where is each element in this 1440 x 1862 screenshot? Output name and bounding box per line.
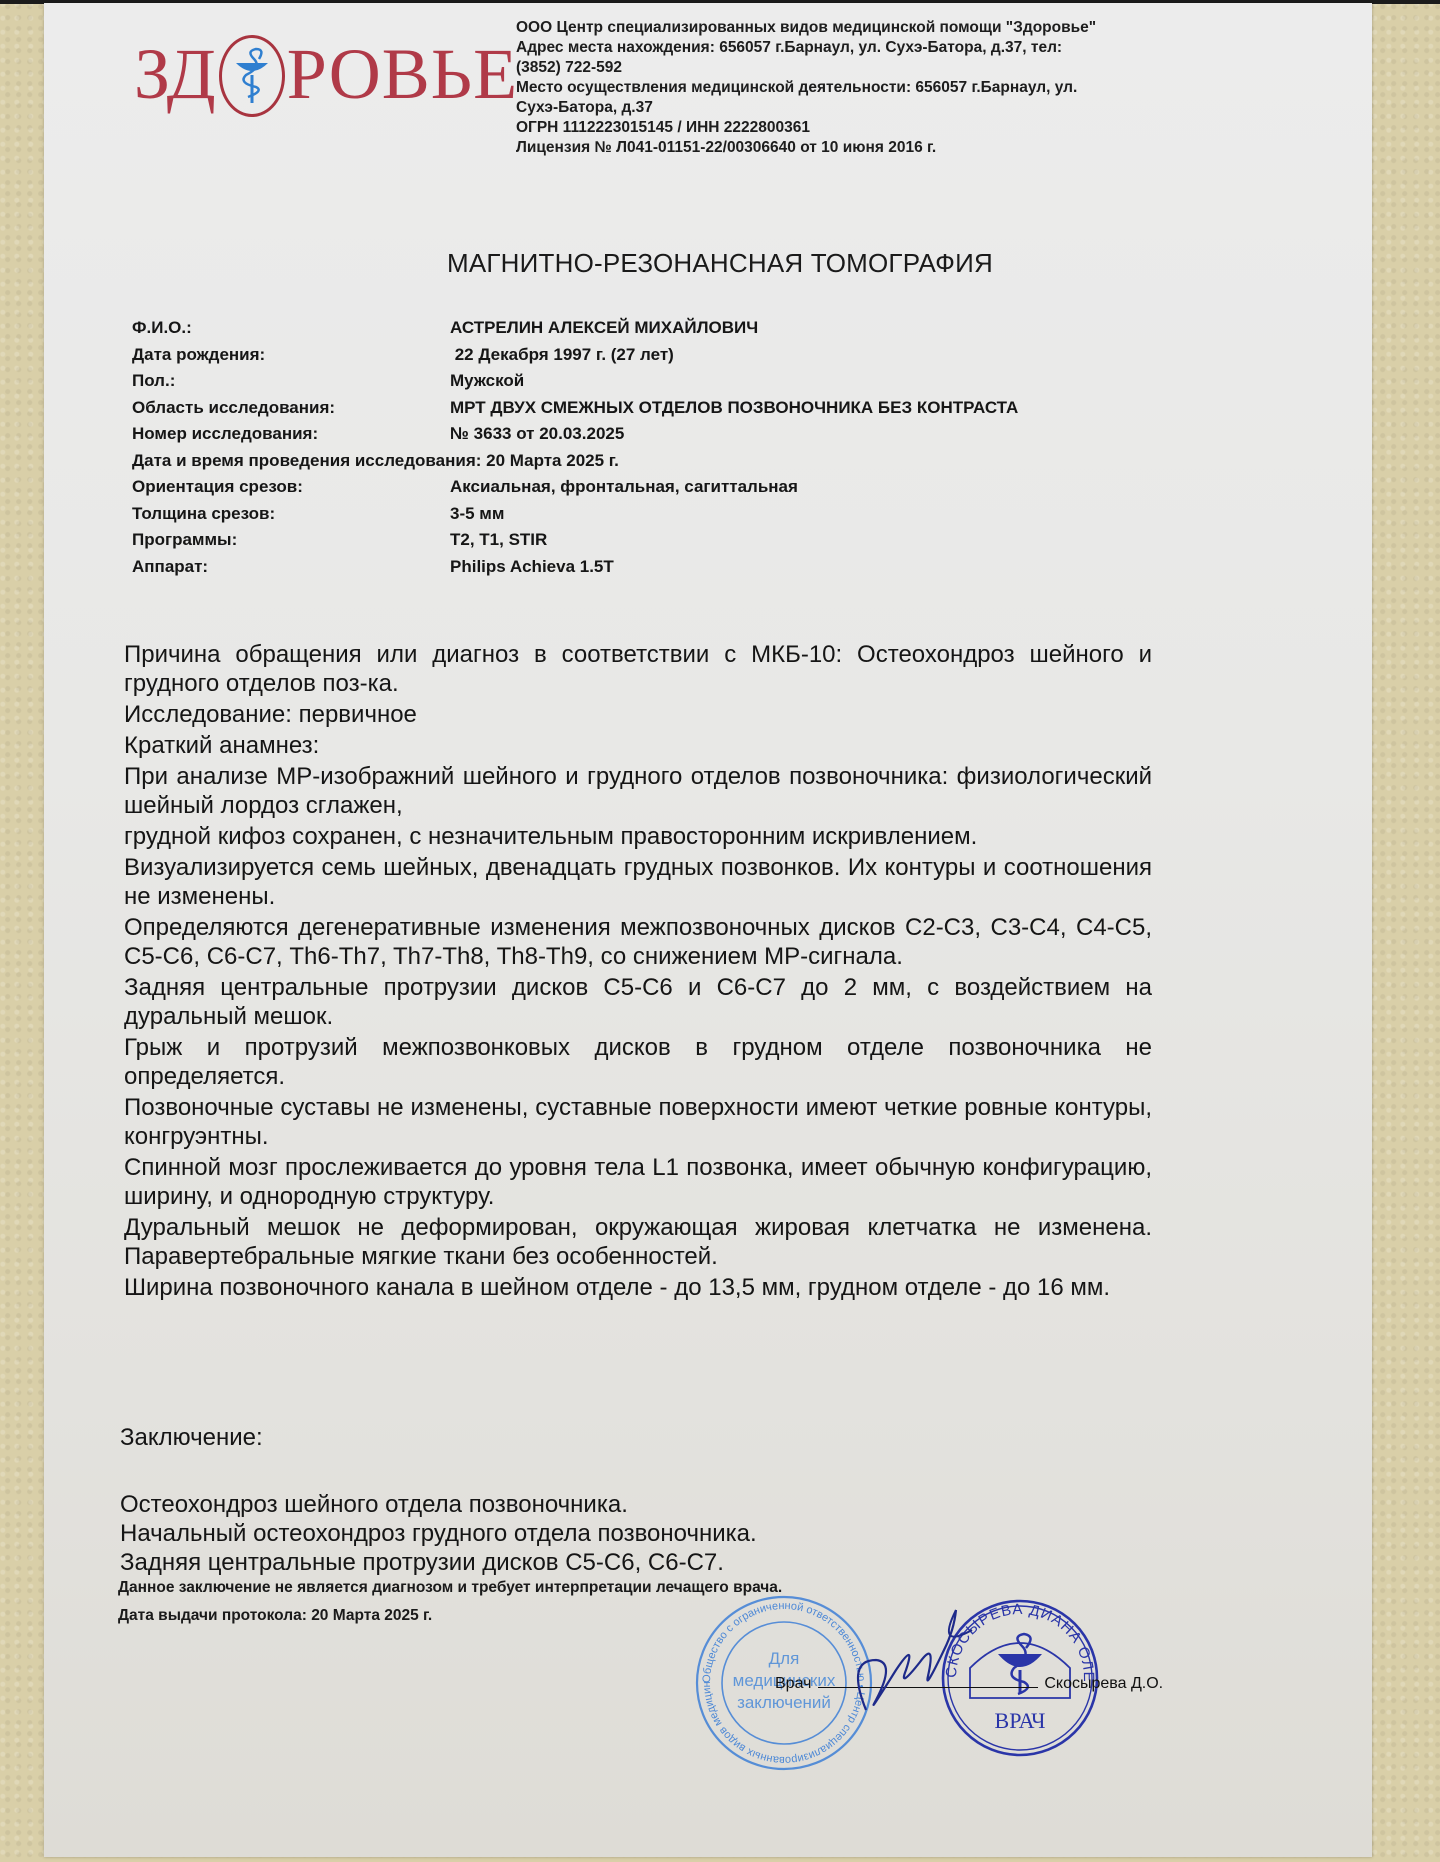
info-label: Аппарат:	[132, 557, 208, 577]
info-label: Пол.:	[132, 371, 175, 391]
info-value: Мужской	[450, 371, 524, 391]
conclusion-item: Остеохондроз шейного отдела позвоночника…	[120, 1490, 757, 1519]
info-value: АСТРЕЛИН АЛЕКСЕЙ МИХАЙЛОВИЧ	[450, 318, 758, 338]
logo-text-right: РОВЬЕ	[287, 33, 518, 116]
info-value: № 3633 от 20.03.2025	[450, 424, 624, 444]
info-value: Philips Achieva 1.5T	[450, 557, 614, 577]
findings-paragraph: Ширина позвоночного канала в шейном отде…	[124, 1273, 1152, 1302]
findings-paragraph: грудной кифоз сохранен, с незначительным…	[124, 822, 1152, 851]
findings-paragraph: Грыж и протрузий межпозвонковых дисков в…	[124, 1033, 1152, 1091]
info-label: Ориентация срезов:	[132, 477, 303, 497]
conclusion-item: Задняя центральные протрузии дисков С5-С…	[120, 1548, 757, 1577]
info-label: Номер исследования:	[132, 424, 318, 444]
doctor-role-label: Врач	[775, 1675, 811, 1692]
info-value: Аксиальная, фронтальная, сагиттальная	[450, 477, 798, 497]
org-line: Сухэ-Батора, д.37	[516, 98, 1156, 118]
findings-paragraph: При анализе МР-изображний шейного и груд…	[124, 762, 1152, 820]
findings-paragraph: Краткий анамнез:	[124, 731, 1152, 760]
patient-info: Ф.И.О.: АСТРЕЛИН АЛЕКСЕЙ МИХАЙЛОВИЧ Дата…	[132, 318, 1132, 583]
info-label: Толщина срезов:	[132, 504, 275, 524]
conclusion-heading: Заключение:	[120, 1424, 263, 1452]
conclusion-list: Остеохондроз шейного отдела позвоночника…	[120, 1490, 757, 1577]
info-row-name: Ф.И.О.: АСТРЕЛИН АЛЕКСЕЙ МИХАЙЛОВИЧ	[132, 318, 1132, 345]
info-row-programs: Программы: T2, T1, STIR	[132, 530, 1132, 557]
info-label: Программы:	[132, 530, 237, 550]
info-value: 22 Декабря 1997 г. (27 лет)	[450, 345, 674, 365]
bowl-of-hygieia-icon	[219, 35, 285, 117]
disclaimer: Данное заключение не является диагнозом …	[118, 1579, 782, 1597]
findings-paragraph: Определяются дегенеративные изменения ме…	[124, 913, 1152, 971]
doctor-stamp-bottom-text: ВРАЧ	[995, 1708, 1046, 1733]
doctor-name: Скосырева Д.О.	[1044, 1675, 1163, 1692]
info-full-line: Дата и время проведения исследования: 20…	[132, 451, 619, 471]
findings-paragraph: Причина обращения или диагноз в соответс…	[124, 640, 1152, 698]
logo-text-left: ЗД	[134, 33, 217, 116]
org-stamp-center-line: заключений	[737, 1693, 831, 1712]
info-row-device: Аппарат: Philips Achieva 1.5T	[132, 557, 1132, 584]
handwritten-signature	[836, 1600, 986, 1720]
findings-paragraph: Позвоночные суставы не изменены, суставн…	[124, 1093, 1152, 1151]
info-row-study-date: Дата и время проведения исследования: 20…	[132, 451, 1132, 478]
info-row-orientation: Ориентация срезов: Аксиальная, фронтальн…	[132, 477, 1132, 504]
info-row-sex: Пол.: Мужской	[132, 371, 1132, 398]
findings-paragraph: Дуральный мешок не деформирован, окружаю…	[124, 1213, 1152, 1271]
organization-details: ООО Центр специализированных видов медиц…	[516, 18, 1156, 158]
org-line: (3852) 722-592	[516, 58, 1156, 78]
findings-paragraph: Спинной мозг прослеживается до уровня те…	[124, 1153, 1152, 1211]
info-value: 3-5 мм	[450, 504, 504, 524]
findings-paragraph: Исследование: первичное	[124, 700, 1152, 729]
info-label: Ф.И.О.:	[132, 318, 192, 338]
org-line: Место осуществления медицинской деятельн…	[516, 78, 1156, 98]
info-label: Область исследования:	[132, 398, 335, 418]
findings-paragraph: Задняя центральные протрузии дисков С5-С…	[124, 973, 1152, 1031]
org-line: ООО Центр специализированных видов медиц…	[516, 18, 1156, 38]
info-row-thickness: Толщина срезов: 3-5 мм	[132, 504, 1132, 531]
issue-date: Дата выдачи протокола: 20 Марта 2025 г.	[118, 1607, 432, 1625]
document-title: МАГНИТНО-РЕЗОНАНСНАЯ ТОМОГРАФИЯ	[0, 248, 1440, 279]
info-value: T2, T1, STIR	[450, 530, 547, 550]
clinic-logo: ЗД РОВЬЕ	[134, 24, 518, 124]
info-value: МРТ ДВУХ СМЕЖНЫХ ОТДЕЛОВ ПОЗВОНОЧНИКА БЕ…	[450, 398, 1018, 418]
info-label: Дата рождения:	[132, 345, 265, 365]
org-line: Адрес места нахождения: 656057 г.Барнаул…	[516, 38, 1156, 58]
info-row-study-number: Номер исследования: № 3633 от 20.03.2025	[132, 424, 1132, 451]
info-row-birthdate: Дата рождения: 22 Декабря 1997 г. (27 ле…	[132, 345, 1132, 372]
org-line: ОГРН 1112223015145 / ИНН 2222800361	[516, 118, 1156, 138]
info-row-area: Область исследования: МРТ ДВУХ СМЕЖНЫХ О…	[132, 398, 1132, 425]
conclusion-item: Начальный остеохондроз грудного отдела п…	[120, 1519, 757, 1548]
findings-text: Причина обращения или диагноз в соответс…	[124, 640, 1152, 1304]
findings-paragraph: Визуализируется семь шейных, двенадцать …	[124, 853, 1152, 911]
org-line: Лицензия № Л041-01151-22/00306640 от 10 …	[516, 138, 1156, 158]
org-stamp-center-line: Для	[769, 1649, 800, 1668]
